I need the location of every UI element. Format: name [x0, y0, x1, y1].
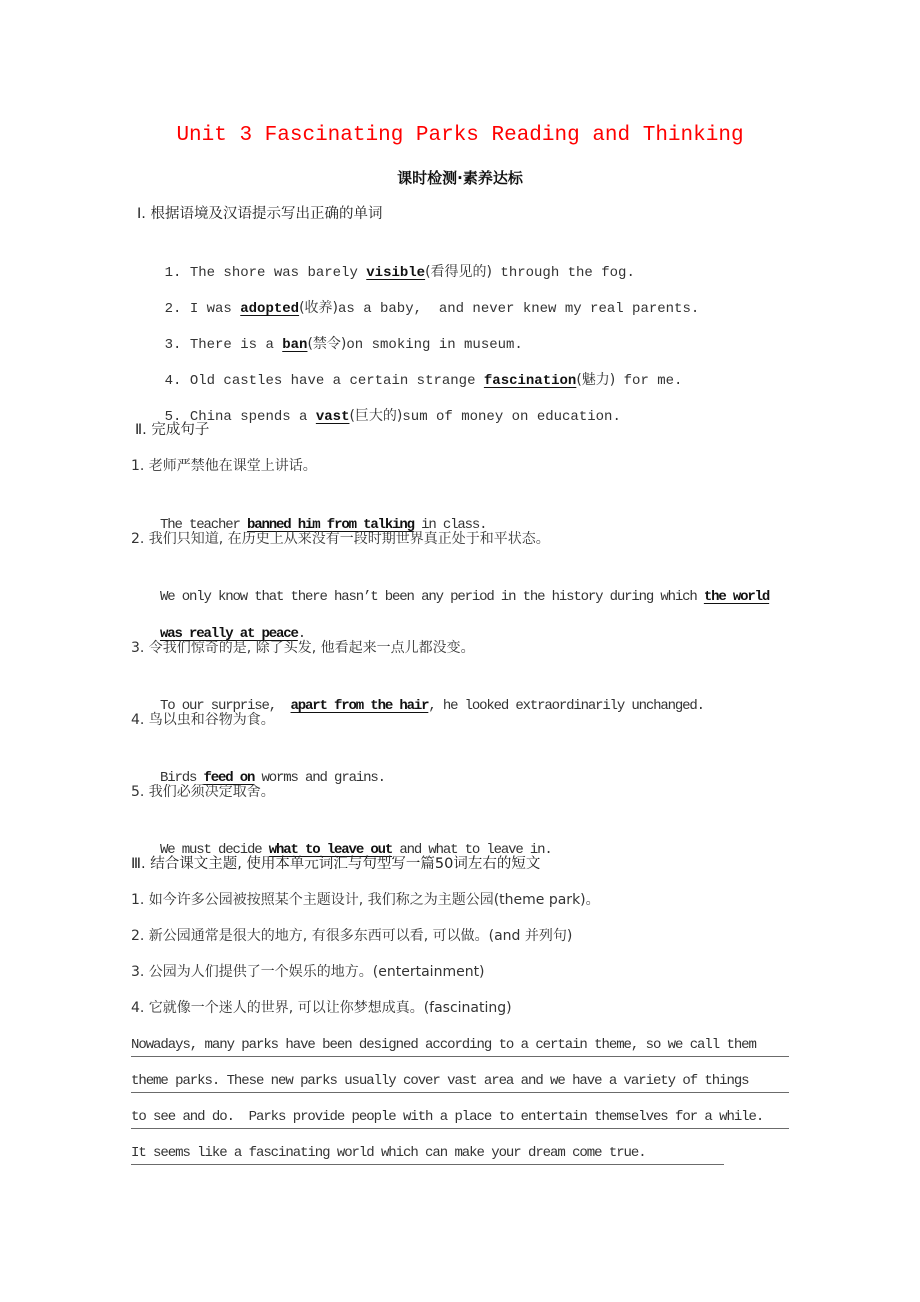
- section-3-prompt: 3. 公园为人们提供了一个娱乐的地方。(entertainment): [131, 961, 485, 983]
- document-title: Unit 3 Fascinating Parks Reading and Thi…: [0, 121, 920, 151]
- chinese-hint: (巨大的): [349, 408, 402, 424]
- document-subtitle: 课时检测·素养达标: [0, 167, 920, 189]
- section-2-prompt: 3. 令我们惊奇的是, 除了头发, 他看起来一点儿都没变。: [131, 637, 475, 659]
- section-2-heading: Ⅱ. 完成句子: [135, 419, 209, 441]
- essay-line: It seems like a fascinating world which …: [131, 1142, 724, 1165]
- answer-word: vast: [316, 409, 350, 425]
- essay-line: to see and do. Parks provide people with…: [131, 1106, 789, 1129]
- section-1-heading: Ⅰ. 根据语境及汉语提示写出正确的单词: [137, 203, 383, 225]
- sentence-after: , he looked extraordinarily unchanged.: [428, 698, 704, 714]
- section-2-prompt: 4. 鸟以虫和谷物为食。: [131, 709, 275, 731]
- section-3-heading: Ⅲ. 结合课文主题, 使用本单元词汇与句型写一篇50词左右的短文: [131, 853, 540, 875]
- section-2-prompt: 5. 我们必须决定取舍。: [131, 781, 275, 803]
- item-text-after: for me.: [615, 373, 682, 389]
- document-page: Unit 3 Fascinating Parks Reading and Thi…: [0, 0, 920, 1302]
- section-3-prompt: 2. 新公园通常是很大的地方, 有很多东西可以看, 可以做。(and 并列句): [131, 925, 572, 947]
- answer-phrase: the world: [704, 589, 769, 605]
- item-text-after: sum of money on education.: [402, 409, 620, 425]
- essay-line: Nowadays, many parks have been designed …: [131, 1034, 789, 1057]
- section-2-prompt: 1. 老师严禁他在课堂上讲话。: [131, 455, 317, 477]
- answer-phrase: apart from the hair: [291, 698, 429, 714]
- section-3-prompt: 4. 它就像一个迷人的世界, 可以让你梦想成真。(fascinating): [131, 997, 512, 1019]
- section-2-prompt: 2. 我们只知道, 在历史上从来没有一段时期世界真正处于和平状态。: [131, 528, 550, 550]
- essay-line: theme parks. These new parks usually cov…: [131, 1070, 789, 1093]
- section-3-prompt: 1. 如今许多公园被按照某个主题设计, 我们称之为主题公园(theme park…: [131, 889, 600, 911]
